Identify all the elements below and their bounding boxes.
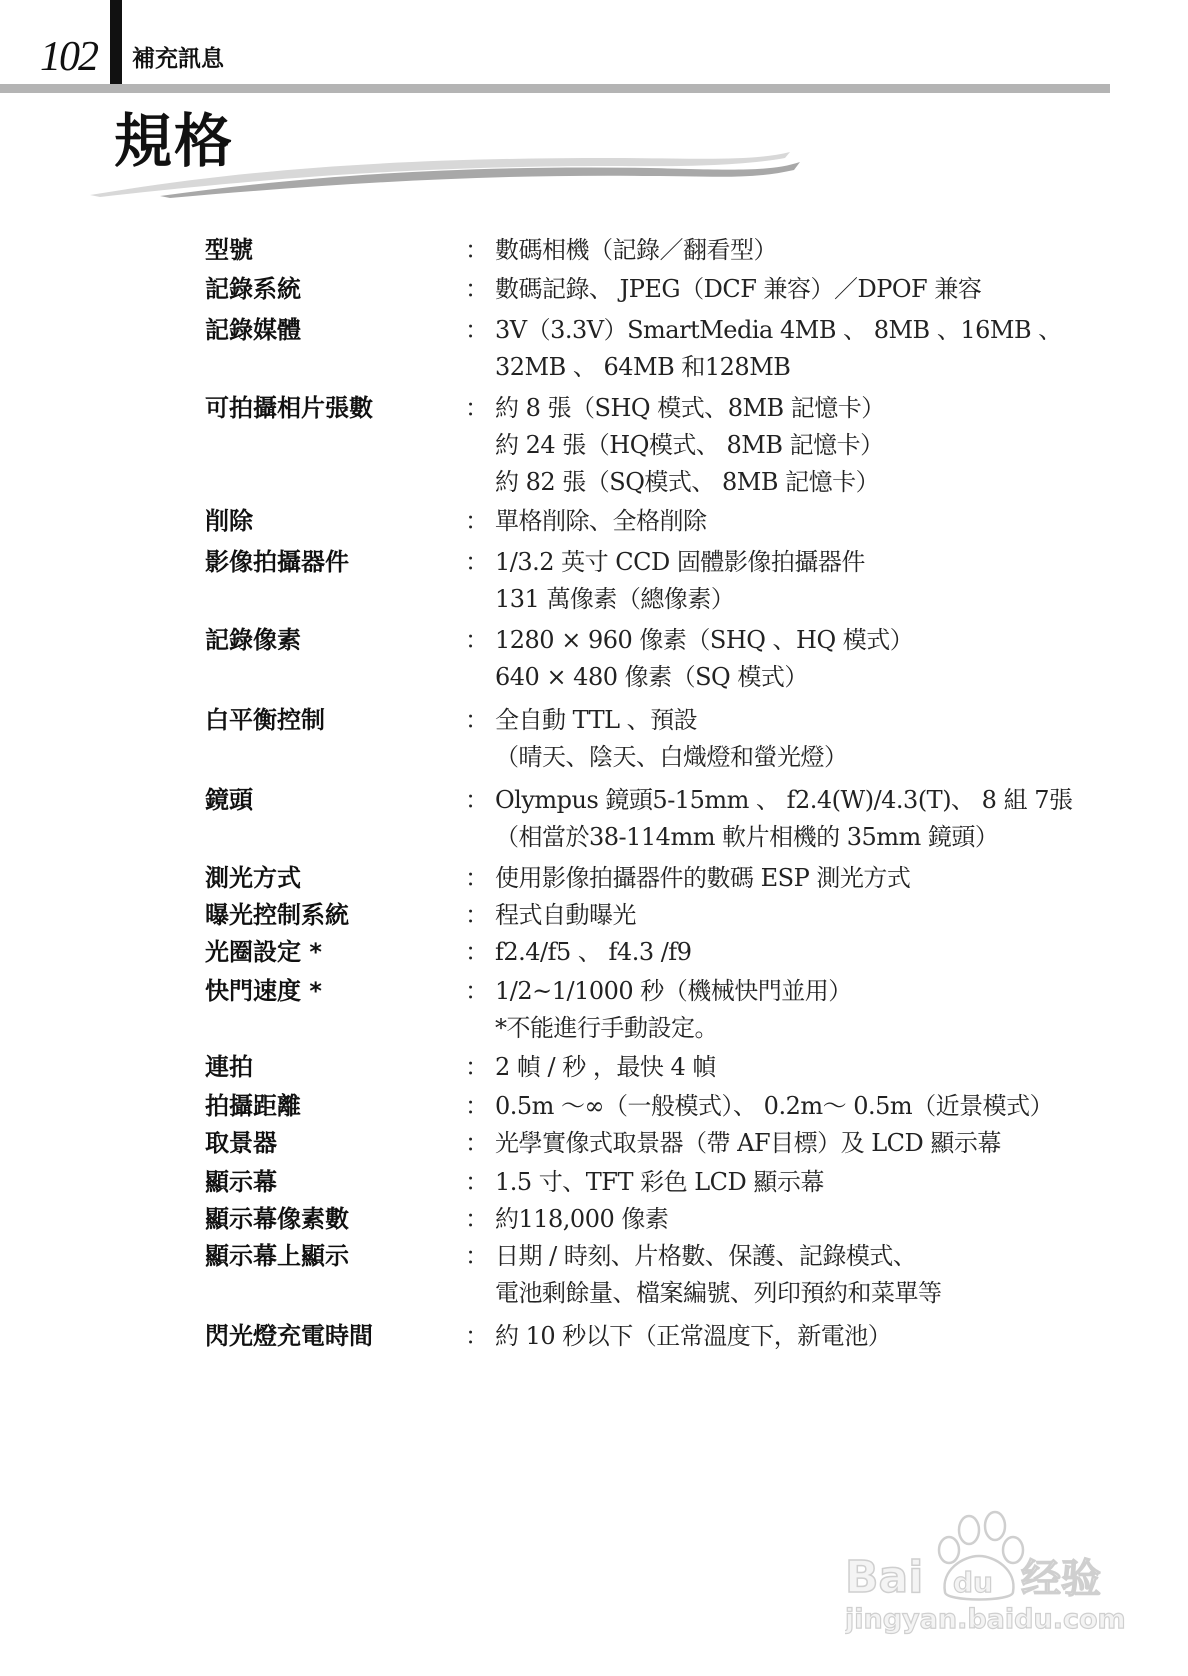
spec-row: 測光方式：使用影像拍攝器件的數碼 ESP 測光方式 xyxy=(205,860,1155,897)
spec-value: 使用影像拍攝器件的數碼 ESP 測光方式 xyxy=(495,860,1155,897)
spec-colon: ： xyxy=(465,973,495,1010)
spec-row: 閃光燈充電時間：約 10 秒以下（正常溫度下，新電池） xyxy=(205,1318,1155,1355)
spec-row: 曝光控制系統：程式自動曝光 xyxy=(205,897,1155,934)
spec-value-line: 3V（3.3V）SmartMedia 4MB 、 8MB 、16MB 、 xyxy=(495,312,1155,349)
title-swoosh-decoration xyxy=(90,150,810,210)
spec-value: 全自動 TTL 、預設（晴天、陰天、白熾燈和螢光燈） xyxy=(495,702,1155,776)
spec-label: 可拍攝相片張數 xyxy=(205,390,465,427)
spec-colon: ： xyxy=(465,390,495,427)
spec-value: 光學實像式取景器（帶 AF目標）及 LCD 顯示幕 xyxy=(495,1125,1155,1162)
spec-value-line: 光學實像式取景器（帶 AF目標）及 LCD 顯示幕 xyxy=(495,1125,1155,1162)
spec-row: 取景器：光學實像式取景器（帶 AF目標）及 LCD 顯示幕 xyxy=(205,1125,1155,1162)
spec-colon: ： xyxy=(465,934,495,971)
spec-label: 閃光燈充電時間 xyxy=(205,1318,465,1355)
spec-value-line: 約 24 張（HQ模式、 8MB 記憶卡） xyxy=(495,427,1155,464)
spec-value-line: 1280 × 960 像素（SHQ 、HQ 模式） xyxy=(495,622,1155,659)
spec-value-line: 640 × 480 像素（SQ 模式） xyxy=(495,659,1155,696)
spec-colon: ： xyxy=(465,897,495,934)
spec-value-line: 全自動 TTL 、預設 xyxy=(495,702,1155,739)
spec-label: 拍攝距離 xyxy=(205,1088,465,1125)
spec-value-line: Olympus 鏡頭5-15mm 、 f2.4(W)/4.3(T)、 8 組 7… xyxy=(495,782,1155,819)
spec-row: 型號：數碼相機（記錄／翻看型） xyxy=(205,232,1155,269)
spec-row: 拍攝距離：0.5m ～∞（一般模式）、 0.2m～ 0.5m（近景模式） xyxy=(205,1088,1155,1125)
spec-label: 記錄像素 xyxy=(205,622,465,659)
spec-value: 數碼記錄、 JPEG（DCF 兼容）／DPOF 兼容 xyxy=(495,271,1155,308)
spec-label: 測光方式 xyxy=(205,860,465,897)
spec-colon: ： xyxy=(465,622,495,659)
spec-row: 記錄系統：數碼記錄、 JPEG（DCF 兼容）／DPOF 兼容 xyxy=(205,271,1155,308)
baidu-jingyan-watermark-icon: Bai du 经验 jingyan.baidu.com xyxy=(845,1500,1125,1640)
spec-row: 削除：單格削除、全格削除 xyxy=(205,503,1155,540)
section-label: 補充訊息 xyxy=(132,48,224,71)
spec-colon: ： xyxy=(465,860,495,897)
spec-value-line: 約 82 張（SQ模式、 8MB 記憶卡） xyxy=(495,464,1155,501)
spec-label: 顯示幕上顯示 xyxy=(205,1238,465,1275)
spec-value-line: 131 萬像素（總像素） xyxy=(495,581,1155,618)
spec-row: 白平衡控制：全自動 TTL 、預設（晴天、陰天、白熾燈和螢光燈） xyxy=(205,702,1155,776)
spec-value: 約118,000 像素 xyxy=(495,1201,1155,1238)
spec-label: 光圈設定 * xyxy=(205,934,465,971)
spec-value: Olympus 鏡頭5-15mm 、 f2.4(W)/4.3(T)、 8 組 7… xyxy=(495,782,1155,856)
svg-text:Bai: Bai xyxy=(845,1552,923,1603)
spec-label: 快門速度 * xyxy=(205,973,465,1010)
spec-row: 光圈設定 *：f2.4/f5 、 f4.3 /f9 xyxy=(205,934,1155,971)
spec-value: 1/3.2 英寸 CCD 固體影像拍攝器件131 萬像素（總像素） xyxy=(495,544,1155,618)
spec-colon: ： xyxy=(465,702,495,739)
spec-colon: ： xyxy=(465,1088,495,1125)
header-bar xyxy=(110,0,122,89)
spec-row: 鏡頭：Olympus 鏡頭5-15mm 、 f2.4(W)/4.3(T)、 8 … xyxy=(205,782,1155,856)
spec-label: 顯示幕像素數 xyxy=(205,1201,465,1238)
spec-row: 記錄媒體：3V（3.3V）SmartMedia 4MB 、 8MB 、16MB … xyxy=(205,312,1155,386)
spec-value: 2 幀 / 秒 ，最快 4 幀 xyxy=(495,1049,1155,1086)
spec-row: 顯示幕：1.5 寸、TFT 彩色 LCD 顯示幕 xyxy=(205,1164,1155,1201)
spec-label: 影像拍攝器件 xyxy=(205,544,465,581)
spec-value: 約 10 秒以下（正常溫度下，新電池） xyxy=(495,1318,1155,1355)
spec-value: 1280 × 960 像素（SHQ 、HQ 模式）640 × 480 像素（SQ… xyxy=(495,622,1155,696)
spec-colon: ： xyxy=(465,1164,495,1201)
spec-value-line: 約118,000 像素 xyxy=(495,1201,1155,1238)
spec-label: 型號 xyxy=(205,232,465,269)
spec-colon: ： xyxy=(465,544,495,581)
spec-label: 記錄系統 xyxy=(205,271,465,308)
spec-label: 鏡頭 xyxy=(205,782,465,819)
spec-value: f2.4/f5 、 f4.3 /f9 xyxy=(495,934,1155,971)
spec-label: 顯示幕 xyxy=(205,1164,465,1201)
spec-colon: ： xyxy=(465,503,495,540)
spec-colon: ： xyxy=(465,1125,495,1162)
svg-text:du: du xyxy=(953,1566,993,1599)
spec-label: 削除 xyxy=(205,503,465,540)
spec-value-line: （相當於38-114mm 軟片相機的 35mm 鏡頭） xyxy=(495,819,1155,856)
spec-value-line: 約 8 張（SHQ 模式、8MB 記憶卡） xyxy=(495,390,1155,427)
spec-row: 顯示幕像素數：約118,000 像素 xyxy=(205,1201,1155,1238)
spec-value-line: 程式自動曝光 xyxy=(495,897,1155,934)
spec-colon: ： xyxy=(465,232,495,269)
spec-value: 1.5 寸、TFT 彩色 LCD 顯示幕 xyxy=(495,1164,1155,1201)
page-number: 102 xyxy=(40,36,97,78)
spec-value-line: *不能進行手動設定。 xyxy=(495,1010,1155,1047)
spec-label: 曝光控制系統 xyxy=(205,897,465,934)
spec-value-line: f2.4/f5 、 f4.3 /f9 xyxy=(495,934,1155,971)
spec-value-line: 1.5 寸、TFT 彩色 LCD 顯示幕 xyxy=(495,1164,1155,1201)
spec-row: 連拍：2 幀 / 秒 ，最快 4 幀 xyxy=(205,1049,1155,1086)
header-divider xyxy=(0,84,1110,93)
spec-value-line: 數碼相機（記錄／翻看型） xyxy=(495,232,1155,269)
svg-text:经验: 经验 xyxy=(1021,1556,1101,1602)
spec-label: 記錄媒體 xyxy=(205,312,465,349)
spec-value: 約 8 張（SHQ 模式、8MB 記憶卡）約 24 張（HQ模式、 8MB 記憶… xyxy=(495,390,1155,501)
spec-value: 單格削除、全格削除 xyxy=(495,503,1155,540)
spec-colon: ： xyxy=(465,1049,495,1086)
spec-colon: ： xyxy=(465,271,495,308)
spec-label: 取景器 xyxy=(205,1125,465,1162)
spec-value-line: 單格削除、全格削除 xyxy=(495,503,1155,540)
spec-value: 3V（3.3V）SmartMedia 4MB 、 8MB 、16MB 、32MB… xyxy=(495,312,1155,386)
spec-value-line: 1/2~1/1000 秒（機械快門並用） xyxy=(495,973,1155,1010)
spec-colon: ： xyxy=(465,312,495,349)
spec-value: 0.5m ～∞（一般模式）、 0.2m～ 0.5m（近景模式） xyxy=(495,1088,1155,1125)
spec-value-line: 32MB 、 64MB 和128MB xyxy=(495,349,1155,386)
svg-text:jingyan.baidu.com: jingyan.baidu.com xyxy=(845,1604,1125,1635)
spec-value-line: 使用影像拍攝器件的數碼 ESP 測光方式 xyxy=(495,860,1155,897)
spec-value-line: 電池剩餘量、檔案編號、列印預約和菜單等 xyxy=(495,1275,1155,1312)
spec-colon: ： xyxy=(465,1201,495,1238)
spec-value-line: 1/3.2 英寸 CCD 固體影像拍攝器件 xyxy=(495,544,1155,581)
spec-value: 程式自動曝光 xyxy=(495,897,1155,934)
spec-value-line: 數碼記錄、 JPEG（DCF 兼容）／DPOF 兼容 xyxy=(495,271,1155,308)
spec-value-line: 日期 / 時刻、片格數、保護、記錄模式、 xyxy=(495,1238,1155,1275)
specifications-list: 型號：數碼相機（記錄／翻看型）記錄系統：數碼記錄、 JPEG（DCF 兼容）／D… xyxy=(205,232,1155,1355)
spec-colon: ： xyxy=(465,782,495,819)
spec-value: 1/2~1/1000 秒（機械快門並用）*不能進行手動設定。 xyxy=(495,973,1155,1047)
spec-row: 記錄像素：1280 × 960 像素（SHQ 、HQ 模式）640 × 480 … xyxy=(205,622,1155,696)
spec-value: 數碼相機（記錄／翻看型） xyxy=(495,232,1155,269)
spec-value-line: 0.5m ～∞（一般模式）、 0.2m～ 0.5m（近景模式） xyxy=(495,1088,1155,1125)
spec-row: 快門速度 *：1/2~1/1000 秒（機械快門並用）*不能進行手動設定。 xyxy=(205,973,1155,1047)
spec-row: 影像拍攝器件：1/3.2 英寸 CCD 固體影像拍攝器件131 萬像素（總像素） xyxy=(205,544,1155,618)
spec-value-line: （晴天、陰天、白熾燈和螢光燈） xyxy=(495,739,1155,776)
spec-value-line: 2 幀 / 秒 ，最快 4 幀 xyxy=(495,1049,1155,1086)
spec-colon: ： xyxy=(465,1238,495,1275)
spec-row: 可拍攝相片張數：約 8 張（SHQ 模式、8MB 記憶卡）約 24 張（HQ模式… xyxy=(205,390,1155,501)
spec-label: 白平衡控制 xyxy=(205,702,465,739)
spec-value-line: 約 10 秒以下（正常溫度下，新電池） xyxy=(495,1318,1155,1355)
spec-value: 日期 / 時刻、片格數、保護、記錄模式、電池剩餘量、檔案編號、列印預約和菜單等 xyxy=(495,1238,1155,1312)
spec-label: 連拍 xyxy=(205,1049,465,1086)
spec-row: 顯示幕上顯示：日期 / 時刻、片格數、保護、記錄模式、電池剩餘量、檔案編號、列印… xyxy=(205,1238,1155,1312)
spec-colon: ： xyxy=(465,1318,495,1355)
